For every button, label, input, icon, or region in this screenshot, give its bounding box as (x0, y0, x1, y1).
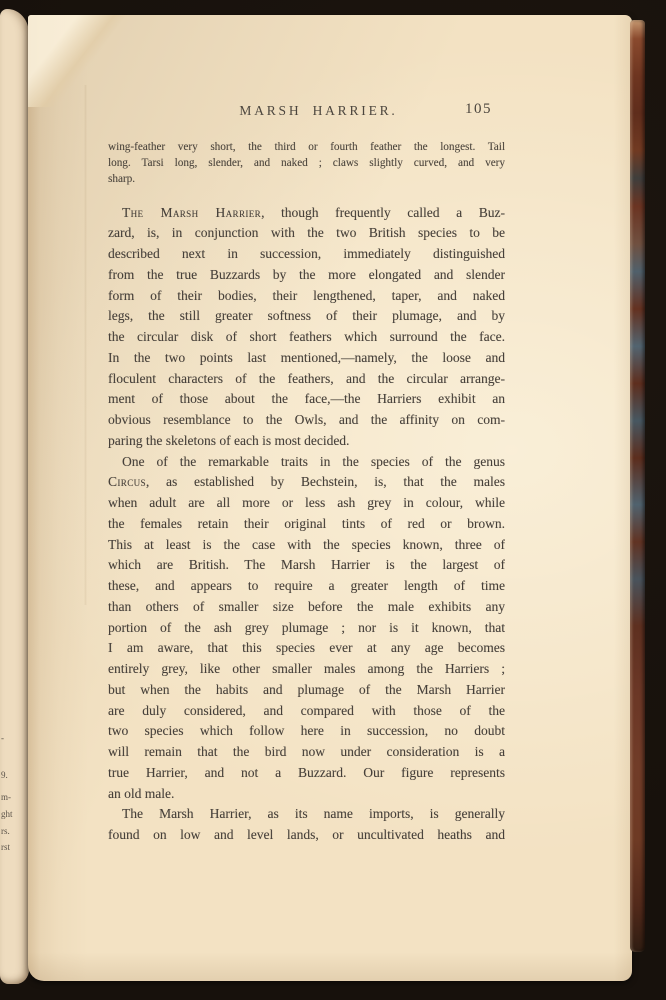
page-edge-text-fragment: 9. (1, 770, 8, 780)
text-line: true Harrier, and not a Buzzard. Our fig… (108, 763, 505, 784)
left-page-edge: -9.m-ghtrs.rst (0, 9, 29, 984)
text-line: obvious resemblance to the Owls, and the… (108, 410, 505, 431)
text-line: entirely grey, like other smaller males … (108, 659, 505, 680)
text-segment: which are British. The Marsh Harrier is … (108, 557, 505, 572)
text-segment: zard, is, in conjunction with the two Br… (108, 225, 505, 240)
page-edge-text-fragment: rst (1, 842, 10, 852)
text-line: I am aware, that this species ever at an… (108, 638, 505, 659)
text-segment: , as established by Bechstein, is, that … (146, 474, 505, 489)
text-line: form of their bodies, their lengthened, … (108, 286, 505, 307)
text-segment: these, and appears to require a greater … (108, 578, 505, 593)
page-crease (84, 85, 87, 605)
text-segment: wing-feather very short, the third or fo… (108, 141, 505, 153)
text-line: but when the habits and plumage of the M… (108, 680, 505, 701)
text-line: these, and appears to require a greater … (108, 576, 505, 597)
paragraph: The Marsh Harrier, as its name imports, … (108, 804, 505, 846)
text-segment: true Harrier, and not a Buzzard. Our fig… (108, 765, 505, 780)
text-line: from the true Buzzards by the more elong… (108, 265, 505, 286)
text-segment: but when the habits and plumage of the M… (108, 682, 505, 697)
text-line: legs, the still greater softness of thei… (108, 306, 505, 327)
text-line: found on low and level lands, or unculti… (108, 825, 505, 846)
text-line: ment of those about the face,—the Harrie… (108, 389, 505, 410)
right-cover-edge (630, 20, 645, 952)
text-segment: form of their bodies, their lengthened, … (108, 288, 505, 303)
small-caps-text: The Marsh Harrier (122, 205, 261, 220)
text-line: One of the remarkable traits in the spec… (108, 452, 505, 473)
text-line: which are British. The Marsh Harrier is … (108, 555, 505, 576)
text-segment: two species which follow here in success… (108, 723, 505, 738)
text-segment: an old male. (108, 786, 174, 801)
text-segment: obvious resemblance to the Owls, and the… (108, 412, 505, 427)
text-segment: when adult are all more or less ash grey… (108, 495, 505, 510)
text-line: paring the skeletons of each is most dec… (108, 431, 505, 452)
text-column: wing-feather very short, the third or fo… (108, 139, 505, 846)
running-head: MARSH HARRIER. (120, 103, 517, 119)
text-line: are duly considered, and compared with t… (108, 701, 505, 722)
text-segment: portion of the ash grey plumage ; nor is… (108, 620, 505, 635)
text-line: the females retain their original tints … (108, 514, 505, 535)
text-line: described next in succession, immediatel… (108, 244, 505, 265)
text-segment: long. Tarsi long, slender, and naked ; c… (108, 157, 505, 169)
text-segment: found on low and level lands, or unculti… (108, 827, 505, 842)
text-segment: , though frequently called a Buz- (261, 205, 505, 220)
text-segment: The Marsh Harrier, as its name imports, … (122, 806, 505, 821)
text-segment: In the two points last mentioned,—namely… (108, 350, 505, 365)
text-line: The Marsh Harrier, though frequently cal… (108, 203, 505, 224)
page-header: MARSH HARRIER. 105 (108, 103, 505, 123)
paragraph: The Marsh Harrier, though frequently cal… (108, 203, 505, 452)
text-segment: One of the remarkable traits in the spec… (122, 454, 505, 469)
paragraph: One of the remarkable traits in the spec… (108, 452, 505, 805)
text-line: two species which follow here in success… (108, 721, 505, 742)
page-edge-text-fragment: - (1, 733, 4, 743)
text-segment: the females retain their original tints … (108, 516, 505, 531)
book-page: MARSH HARRIER. 105 wing-feather very sho… (28, 15, 632, 981)
text-segment: ment of those about the face,—the Harrie… (108, 391, 505, 406)
text-segment: paring the skeletons of each is most dec… (108, 433, 349, 448)
text-line: wing-feather very short, the third or fo… (108, 139, 505, 155)
text-segment: described next in succession, immediatel… (108, 246, 505, 261)
text-segment: sharp. (108, 173, 135, 185)
page-edge-text-fragment: rs. (1, 826, 10, 836)
text-line: This at least is the case with the speci… (108, 535, 505, 556)
text-line: will remain that the bird now under cons… (108, 742, 505, 763)
text-line: The Marsh Harrier, as its name imports, … (108, 804, 505, 825)
text-line: floculent characters of the feathers, an… (108, 369, 505, 390)
page-corner-highlight (28, 15, 148, 107)
text-segment: from the true Buzzards by the more elong… (108, 267, 505, 282)
text-segment: will remain that the bird now under cons… (108, 744, 505, 759)
text-segment: the circular disk of short feathers whic… (108, 329, 505, 344)
text-segment: floculent characters of the feathers, an… (108, 371, 505, 386)
page-edge-text-fragment: m- (1, 792, 11, 802)
text-line: the circular disk of short feathers whic… (108, 327, 505, 348)
page-number: 105 (465, 101, 492, 118)
text-segment: I am aware, that this species ever at an… (108, 640, 505, 655)
text-segment: than others of smaller size before the m… (108, 599, 505, 614)
text-segment: This at least is the case with the speci… (108, 537, 505, 552)
book-photo: -9.m-ghtrs.rst MARSH HARRIER. 105 wing-f… (0, 0, 666, 1000)
text-segment: are duly considered, and compared with t… (108, 703, 505, 718)
text-line: long. Tarsi long, slender, and naked ; c… (108, 155, 505, 171)
text-line: an old male. (108, 784, 505, 805)
text-segment: entirely grey, like other smaller males … (108, 661, 505, 676)
text-line: portion of the ash grey plumage ; nor is… (108, 618, 505, 639)
text-line: when adult are all more or less ash grey… (108, 493, 505, 514)
text-line: In the two points last mentioned,—namely… (108, 348, 505, 369)
text-line: Circus, as established by Bechstein, is,… (108, 472, 505, 493)
small-caps-text: Circus (108, 474, 146, 489)
text-line: zard, is, in conjunction with the two Br… (108, 223, 505, 244)
text-line: than others of smaller size before the m… (108, 597, 505, 618)
text-line: sharp. (108, 171, 505, 187)
paragraph: wing-feather very short, the third or fo… (108, 139, 505, 188)
text-segment: legs, the still greater softness of thei… (108, 308, 505, 323)
page-edge-text-fragment: ght (1, 809, 13, 819)
